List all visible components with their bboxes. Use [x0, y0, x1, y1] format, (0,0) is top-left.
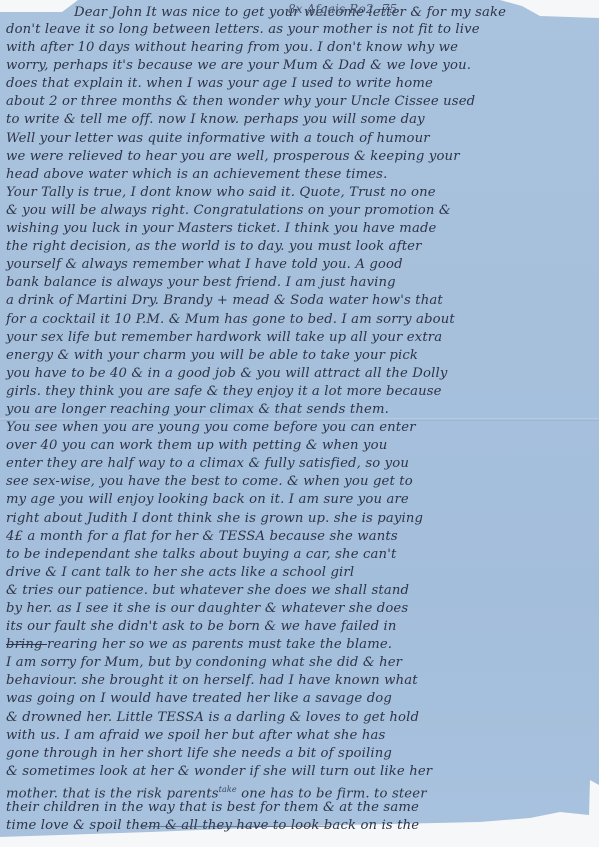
letter-line: Your Tally is true, I dont know who said… — [6, 184, 591, 202]
letter-line: their children in the way that is best f… — [6, 799, 591, 817]
letter-line: my age you will enjoy looking back on it… — [6, 491, 591, 509]
letter-line: yourself & always remember what I have t… — [6, 256, 591, 274]
letter-line: bank balance is always your best friend.… — [6, 274, 591, 292]
letter-line: you are longer reaching your climax & th… — [6, 401, 591, 419]
letter-line: head above water which is an achievement… — [6, 166, 591, 184]
letter-line: your sex life but remember hardwork will… — [6, 329, 591, 347]
letter-line: I am sorry for Mum, but by condoning wha… — [6, 654, 591, 672]
letter-line: for a cocktail it 10 P.M. & Mum has gone… — [6, 311, 591, 329]
letter-line: to be independant she talks about buying… — [6, 546, 591, 564]
scanned-letter-page: Dear John It was nice to get your welcom… — [0, 0, 599, 847]
letter-line: bring rearing her so we as parents must … — [6, 636, 591, 654]
letter-lines: don't leave it so long between letters. … — [6, 21, 591, 835]
letter-line: right about Judith I dont think she is g… — [6, 510, 591, 528]
letter-line: & you will be always right. Congratulati… — [6, 202, 591, 220]
letter-line: enter they are half way to a climax & fu… — [6, 455, 591, 473]
letter-line: & sometimes look at her & wonder if she … — [6, 763, 591, 781]
letter-line: with us. I am afraid we spoil her but af… — [6, 727, 591, 745]
line-text: rearing her so we as parents must take t… — [47, 637, 392, 652]
underline-stroke — [140, 826, 330, 827]
letter-line: see sex-wise, you have the best to come.… — [6, 473, 591, 491]
letter-line: its our fault she didn't ask to be born … — [6, 618, 591, 636]
letter-date: 8x Afgais Ro2 -75 — [288, 1, 397, 18]
letter-line: about 2 or three months & then wonder wh… — [6, 93, 591, 111]
letter-body: Dear John It was nice to get your welcom… — [6, 4, 591, 835]
letter-line: we were relieved to hear you are well, p… — [6, 148, 591, 166]
letter-line: behaviour. she brought it on herself. ha… — [6, 672, 591, 690]
letter-line: mother. that is the risk parentstake one… — [6, 781, 591, 799]
letter-line: the right decision, as the world is to d… — [6, 238, 591, 256]
letter-line: to write & tell me off. now I know. perh… — [6, 111, 591, 129]
letter-line: you have to be 40 & in a good job & you … — [6, 365, 591, 383]
letter-line: with after 10 days without hearing from … — [6, 39, 591, 57]
struck-word: bring — [6, 637, 47, 652]
letter-line: worry, perhaps it's because we are your … — [6, 57, 591, 75]
inserted-word: take — [219, 785, 237, 794]
salutation: Dear John — [74, 4, 142, 21]
letter-line: girls. they think you are safe & they en… — [6, 383, 591, 401]
letter-line: drive & I cant talk to her she acts like… — [6, 564, 591, 582]
letter-line: wishing you luck in your Masters ticket.… — [6, 220, 591, 238]
letter-line: gone through in her short life she needs… — [6, 745, 591, 763]
letter-line: 4£ a month for a flat for her & TESSA be… — [6, 528, 591, 546]
letter-header: Dear John It was nice to get your welcom… — [6, 4, 591, 21]
letter-line: & drowned her. Little TESSA is a darling… — [6, 709, 591, 727]
letter-line: You see when you are young you come befo… — [6, 419, 591, 437]
letter-line: energy & with your charm you will be abl… — [6, 347, 591, 365]
letter-line: was going on I would have treated her li… — [6, 690, 591, 708]
letter-line: & tries our patience. but whatever she d… — [6, 582, 591, 600]
letter-line: Well your letter was quite informative w… — [6, 130, 591, 148]
letter-line: a drink of Martini Dry. Brandy + mead & … — [6, 292, 591, 310]
letter-line: does that explain it. when I was your ag… — [6, 75, 591, 93]
letter-line: don't leave it so long between letters. … — [6, 21, 591, 39]
letter-line: over 40 you can work them up with pettin… — [6, 437, 591, 455]
letter-line: by her. as I see it she is our daughter … — [6, 600, 591, 618]
